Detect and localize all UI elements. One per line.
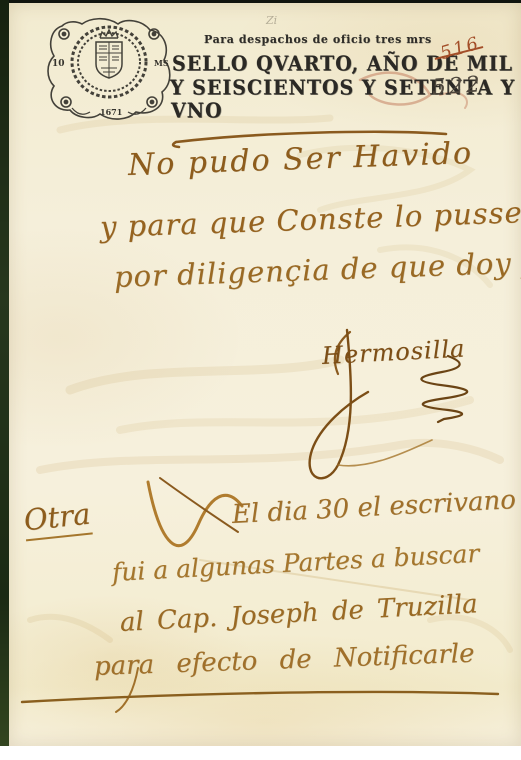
scan-edge-left (0, 0, 9, 746)
scan-edge-top (0, 0, 521, 3)
margin-note: Otra (22, 497, 92, 542)
folio-number-current: 522 (431, 72, 484, 100)
stamp-title-line-3: VNO (171, 99, 223, 122)
manuscript-scan: 10 MS 1671 Para despachos de oficio tres… (0, 0, 521, 760)
manuscript-page (9, 3, 521, 746)
page-mark: Zi (266, 14, 277, 27)
stamp-header-line: Para despachos de oficio tres mrs (204, 33, 432, 47)
